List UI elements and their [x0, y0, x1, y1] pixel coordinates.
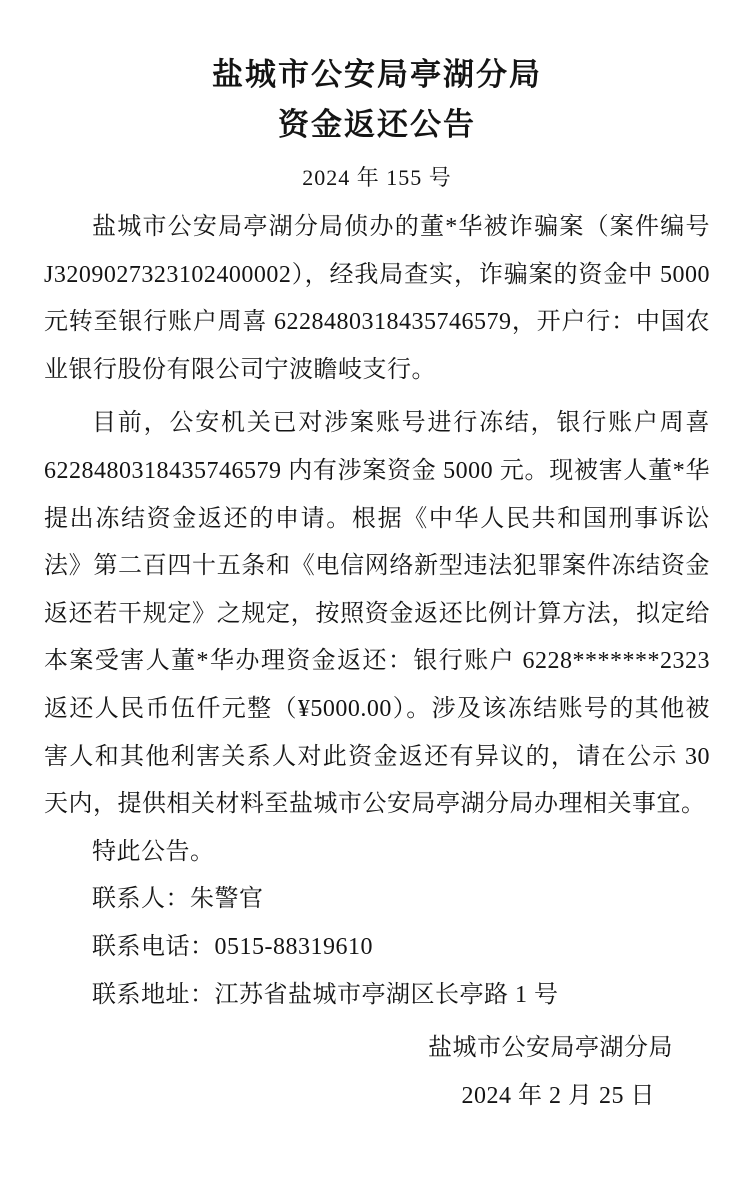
contact-phone: 联系电话：0515-88319610 [44, 924, 710, 972]
paragraph-return-details: 目前，公安机关已对涉案账号进行冻结，银行账户周喜 622848031843574… [44, 400, 710, 828]
document-number: 2024 年 155 号 [44, 162, 710, 194]
signature-block: 盐城市公安局亭湖分局 2024 年 2 月 25 日 [44, 1025, 710, 1120]
contact-address: 联系地址：江苏省盐城市亭湖区长亭路 1 号 [44, 972, 710, 1020]
issuer-signature: 盐城市公安局亭湖分局 [44, 1025, 673, 1073]
contact-person: 联系人：朱警官 [44, 876, 710, 924]
document-title: 盐城市公安局亭湖分局 [44, 50, 710, 100]
notice-closing: 特此公告。 [44, 829, 710, 877]
document-subtitle: 资金返还公告 [44, 100, 710, 150]
issue-date: 2024 年 2 月 25 日 [44, 1073, 655, 1121]
paragraph-case-summary: 盐城市公安局亭湖分局侦办的董*华被诈骗案（案件编号 J3209027323102… [44, 204, 710, 394]
announcement-document: 盐城市公安局亭湖分局 资金返还公告 2024 年 155 号 盐城市公安局亭湖分… [0, 0, 750, 1192]
